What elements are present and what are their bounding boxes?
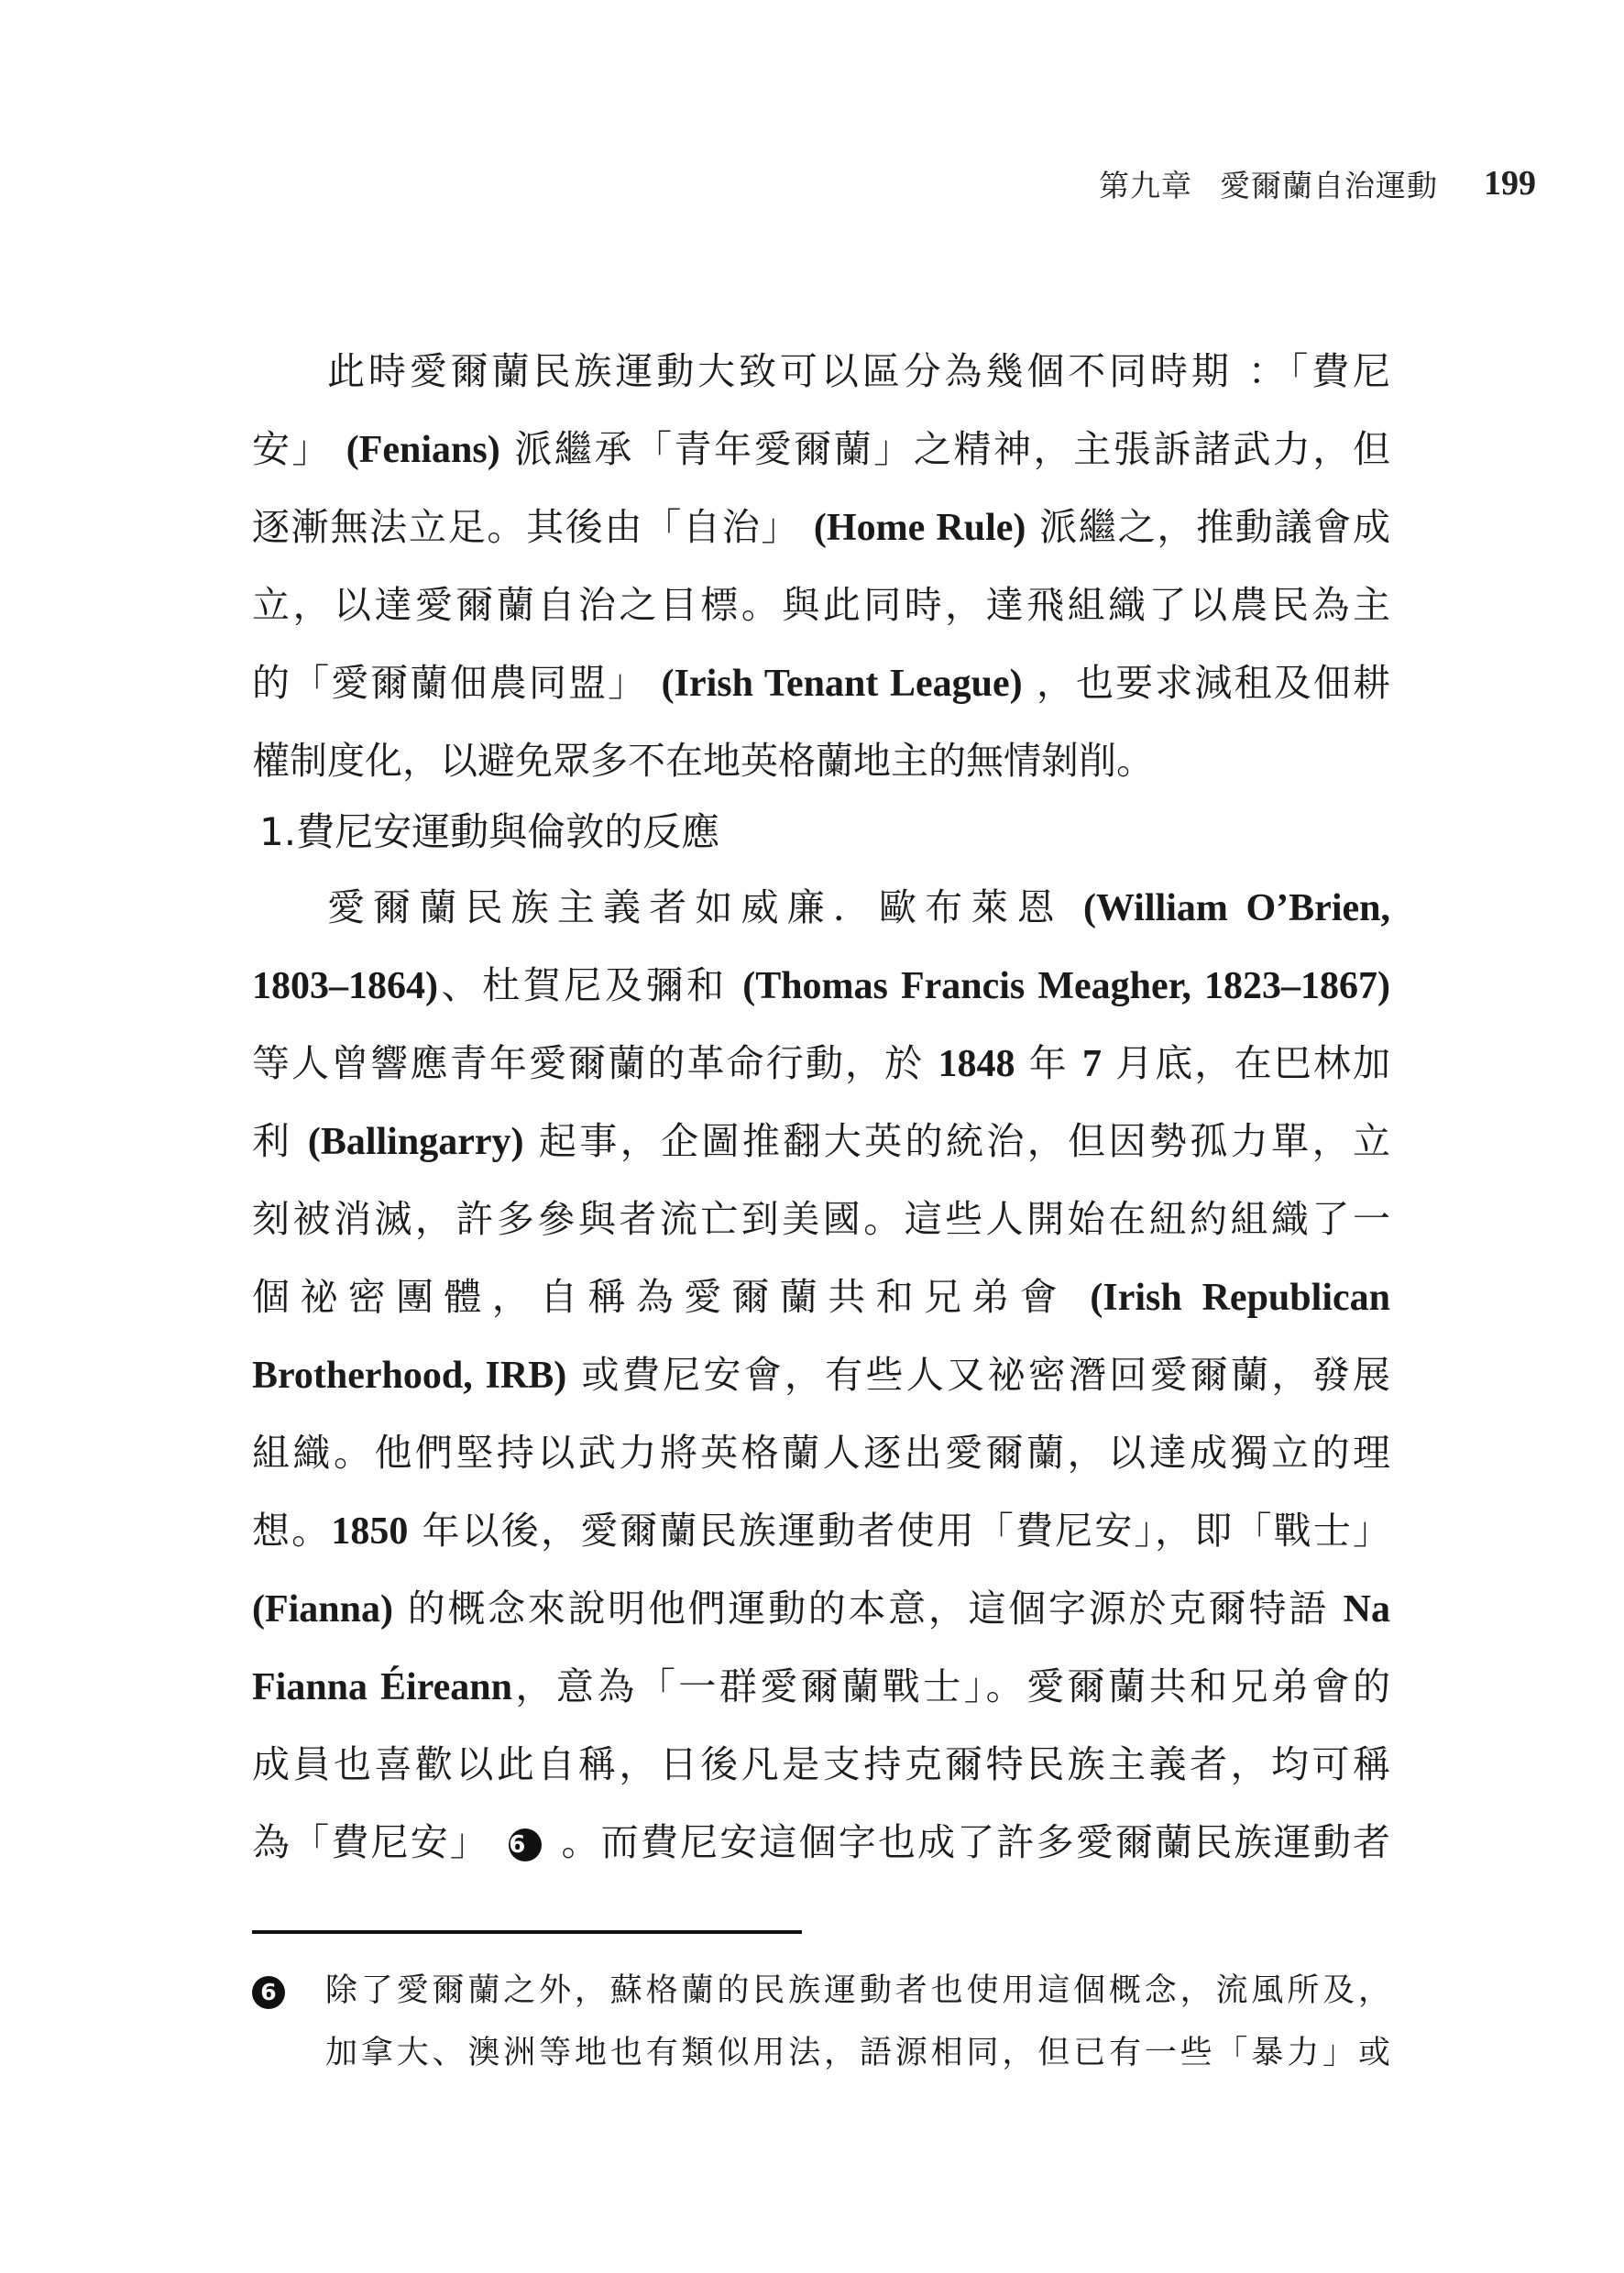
- footnote-ref-6[interactable]: 6: [509, 1828, 542, 1861]
- chapter-title: 愛爾蘭自治運動: [1220, 162, 1438, 205]
- text-line: 立，以達愛爾蘭自治之目標。與此同時，達飛組織了以農民為主: [252, 577, 1390, 632]
- footnote-line: 加拿大、澳洲等地也有類似用法，語源相同，但已有一些「暴力」或: [325, 2027, 1390, 2079]
- term-irish-tenant-league: (Irish Tenant League): [662, 663, 1023, 705]
- footnote-marker: 6: [252, 1976, 285, 2009]
- text-line: 的「愛爾蘭佃農同盟」 (Irish Tenant League) ，也要求減租及…: [252, 655, 1390, 710]
- footnote-line: 6除了愛爾蘭之外，蘇格蘭的民族運動者也使用這個概念，流風所及，: [252, 1965, 1390, 2016]
- text-line: Brotherhood, IRB) 或費尼安會，有些人又祕密潛回愛爾蘭，發展: [252, 1347, 1390, 1402]
- text-line: 組織。他們堅持以武力將英格蘭人逐出愛爾蘭，以達成獨立的理: [252, 1425, 1390, 1480]
- text-line: (Fianna) 的概念來說明他們運動的本意，這個字源於克爾特語 Na: [252, 1581, 1390, 1636]
- text-line: 安」 (Fenians) 派繼承「青年愛爾蘭」之精神，主張訴諸武力，但: [252, 422, 1390, 477]
- text-line: 逐漸無法立足。其後由「自治」 (Home Rule) 派繼之，推動議會成: [252, 500, 1390, 555]
- running-header: 第九章 愛爾蘭自治運動 199: [1099, 160, 1536, 206]
- text-line: 利 (Ballingarry) 起事，企圖推翻大英的統治，但因勢孤力單，立: [252, 1114, 1390, 1169]
- text-line: 個祕密團體，自稱為愛爾蘭共和兄弟會 (Irish Republican: [252, 1269, 1390, 1324]
- text-line: 為「費尼安」 6 。而費尼安這個字也成了許多愛爾蘭民族運動者: [252, 1815, 1390, 1870]
- section-heading: 1.費尼安運動與倫敦的反應: [259, 805, 719, 860]
- text-line: 愛爾蘭民族主義者如威廉．歐布萊恩 (William O’Brien,: [252, 880, 1390, 935]
- text-line: 想。1850 年以後，愛爾蘭民族運動者使用「費尼安」，即「戰士」: [252, 1503, 1390, 1558]
- text-line: 此時愛爾蘭民族運動大致可以區分為幾個不同時期 ：「費尼: [252, 344, 1390, 399]
- text-line: 1803–1864)、杜賀尼及彌和 (Thomas Francis Meaghe…: [252, 958, 1390, 1013]
- footnote-divider: [252, 1930, 802, 1934]
- term-fenians: (Fenians): [346, 429, 500, 471]
- chapter-label: 第九章: [1099, 162, 1192, 205]
- text-line: Fianna Éireann，意為「一群愛爾蘭戰士」。愛爾蘭共和兄弟會的: [252, 1659, 1390, 1714]
- text-line: 成員也喜歡以此自稱，日後凡是支持克爾特民族主義者，均可稱: [252, 1737, 1390, 1792]
- text-line: 權制度化，以避免眾多不在地英格蘭地主的無情剝削。: [252, 733, 1390, 788]
- text-line: 刻被消滅，許多參與者流亡到美國。這些人開始在紐約組織了一: [252, 1191, 1390, 1246]
- text-line: 等人曾響應青年愛爾蘭的革命行動，於 1848 年 7 月底，在巴林加: [252, 1036, 1390, 1091]
- page-number: 199: [1484, 163, 1536, 203]
- term-home-rule: (Home Rule): [814, 507, 1026, 549]
